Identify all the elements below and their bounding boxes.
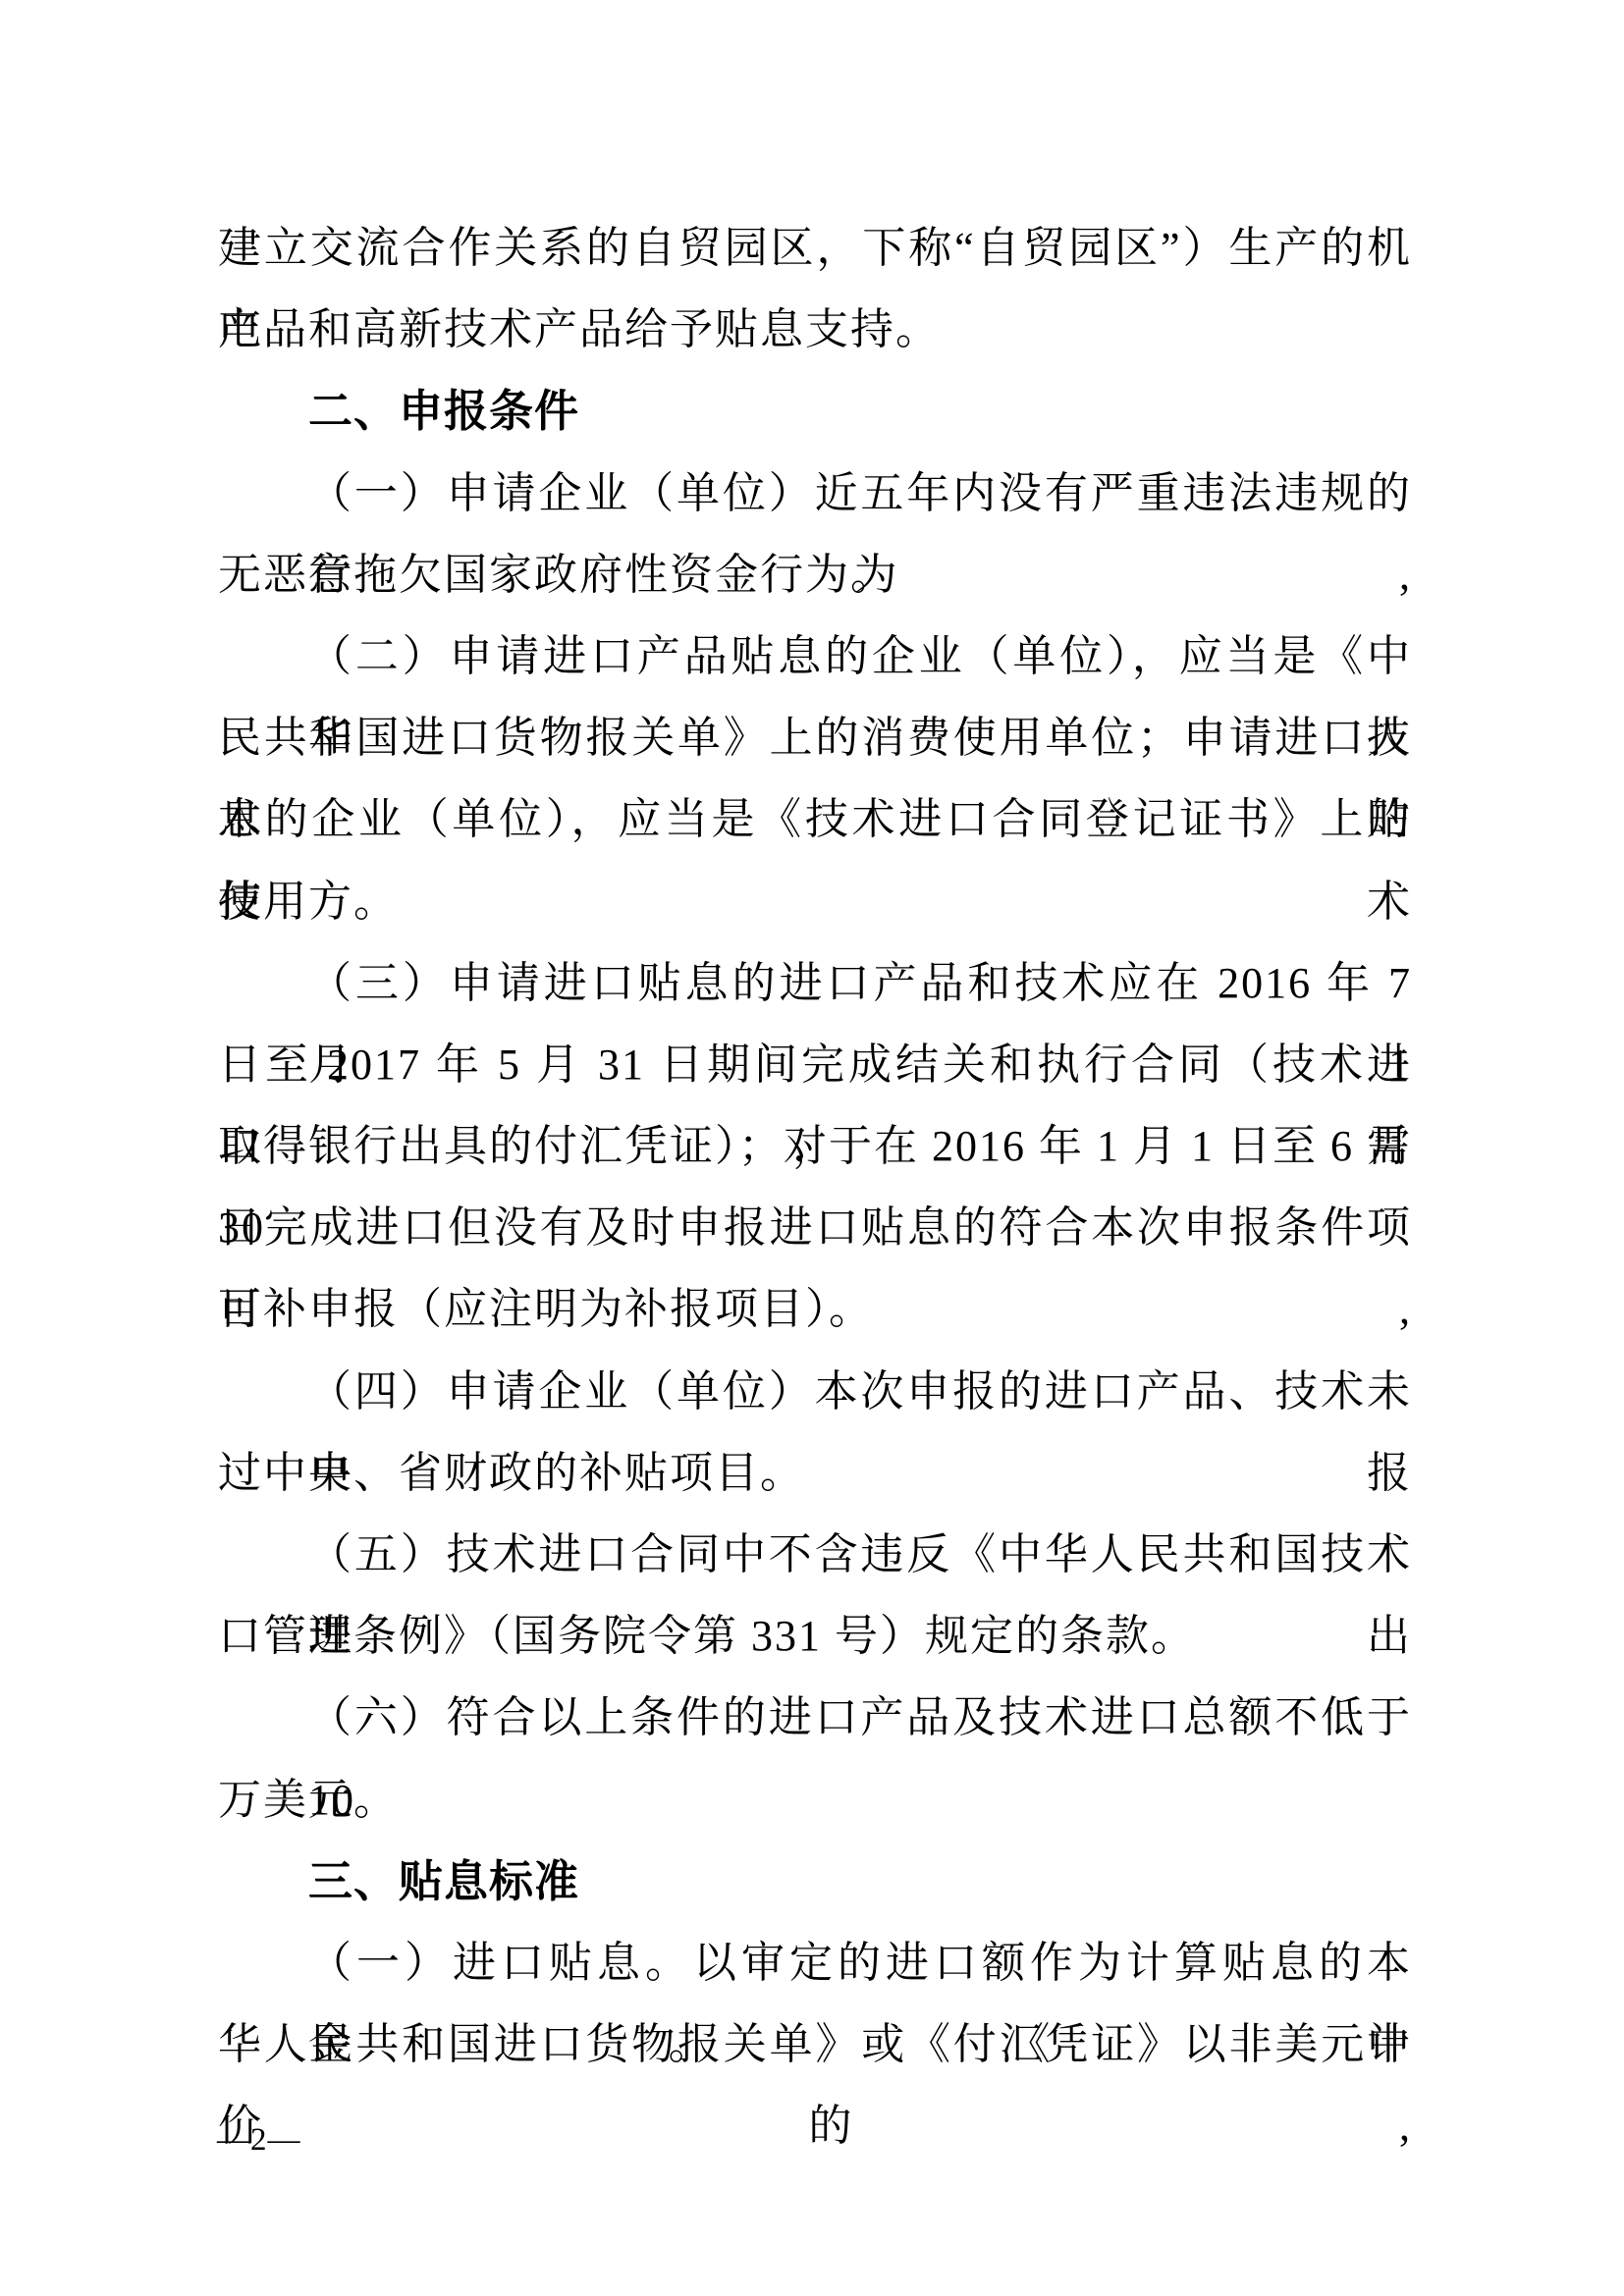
text-line: （五）技术进口合同中不含违反《中华人民共和国技术进出 — [218, 1514, 1412, 1595]
section-heading: 二、申报条件 — [218, 370, 1412, 452]
text-line: （六）符合以上条件的进口产品及技术进口总额不低于 10 — [218, 1677, 1412, 1758]
text-line: （一）申请企业（单位）近五年内没有严重违法违规的行为, — [218, 453, 1412, 534]
text-line: 民共和国进口货物报关单》上的消费使用单位；申请进口技术贴 — [218, 697, 1412, 778]
text-line: 华人民共和国进口货物报关单》或《付汇凭证》以非美元计价的, — [218, 2003, 1412, 2085]
text-line: 取得银行出具的付汇凭证）；对于在 2016 年 1 月 1 日至 6 月 30 — [218, 1105, 1412, 1187]
text-line: （一）进口贴息。以审定的进口额作为计算贴息的本金。《中 — [218, 1922, 1412, 2003]
section-heading: 三、贴息标准 — [218, 1841, 1412, 1922]
text-line: （四）申请企业（单位）本次申报的进口产品、技术未申报 — [218, 1351, 1412, 1432]
text-line: 产品和高新技术产品给予贴息支持。 — [218, 289, 1412, 370]
text-line: 万美元。 — [218, 1759, 1412, 1841]
document-page: 建立交流合作关系的自贸园区，下称“自贸园区”）生产的机电 产品和高新技术产品给予… — [0, 0, 1624, 2296]
text-line: 日完成进口但没有及时申报进口贴息的符合本次申报条件项目, — [218, 1187, 1412, 1268]
text-line: （二）申请进口产品贴息的企业（单位），应当是《中华人 — [218, 615, 1412, 697]
text-line: （三）申请进口贴息的进口产品和技术应在 2016 年 7 月 1 — [218, 942, 1412, 1024]
text-line: 建立交流合作关系的自贸园区，下称“自贸园区”）生产的机电 — [218, 207, 1412, 289]
page-number: —2— — [217, 2120, 301, 2160]
document-body: 建立交流合作关系的自贸园区，下称“自贸园区”）生产的机电 产品和高新技术产品给予… — [218, 207, 1412, 2085]
text-line: 息的企业（单位），应当是《技术进口合同登记证书》上的技术 — [218, 778, 1412, 860]
text-line: 日至 2017 年 5 月 31 日期间完成结关和执行合同（技术进口，需 — [218, 1024, 1412, 1105]
